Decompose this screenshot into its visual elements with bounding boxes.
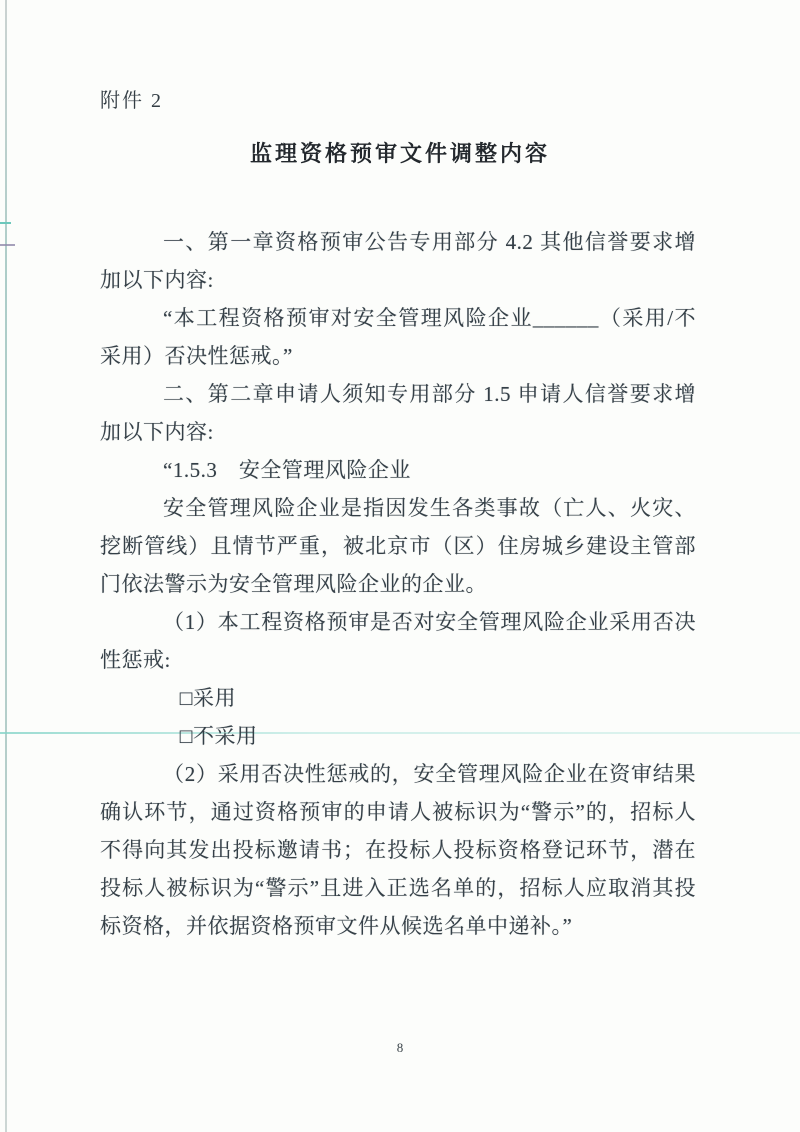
checkbox-option-not-adopt: □不采用 <box>100 717 696 755</box>
document-body: 一、第一章资格预审公告专用部分 4.2 其他信誉要求增加以下内容: “本工程资格… <box>100 223 696 945</box>
page-number: 8 <box>0 1040 800 1056</box>
paragraph-blank-clause: “本工程资格预审对安全管理风险企业______（采用/不采用）否决性惩戒。” <box>100 299 696 375</box>
paragraph-section-two: 二、第二章申请人须知专用部分 1.5 申请人信誉要求增加以下内容: <box>100 375 696 451</box>
paragraph-section-one: 一、第一章资格预审公告专用部分 4.2 其他信誉要求增加以下内容: <box>100 223 696 299</box>
scan-edge-line <box>5 0 7 1132</box>
attachment-label: 附件 2 <box>100 84 163 113</box>
paragraph-clause-1-5-3-heading: “1.5.3 安全管理风险企业 <box>100 451 696 489</box>
paragraph-risk-enterprise-definition: 安全管理风险企业是指因发生各类事故（亡人、火灾、挖断管线）且情节严重，被北京市（… <box>100 489 696 603</box>
scan-artifact-tick-purple <box>0 244 15 246</box>
paragraph-question-1: （1）本工程资格预审是否对安全管理风险企业采用否决性惩戒: <box>100 603 696 679</box>
scanned-document-page: 附件 2 监理资格预审文件调整内容 一、第一章资格预审公告专用部分 4.2 其他… <box>0 0 800 1132</box>
checkbox-option-adopt: □采用 <box>100 679 696 717</box>
scan-artifact-tick-teal <box>0 222 11 224</box>
paragraph-question-2: （2）采用否决性惩戒的，安全管理风险企业在资审结果确认环节，通过资格预审的申请人… <box>100 755 696 945</box>
document-title: 监理资格预审文件调整内容 <box>0 137 800 168</box>
